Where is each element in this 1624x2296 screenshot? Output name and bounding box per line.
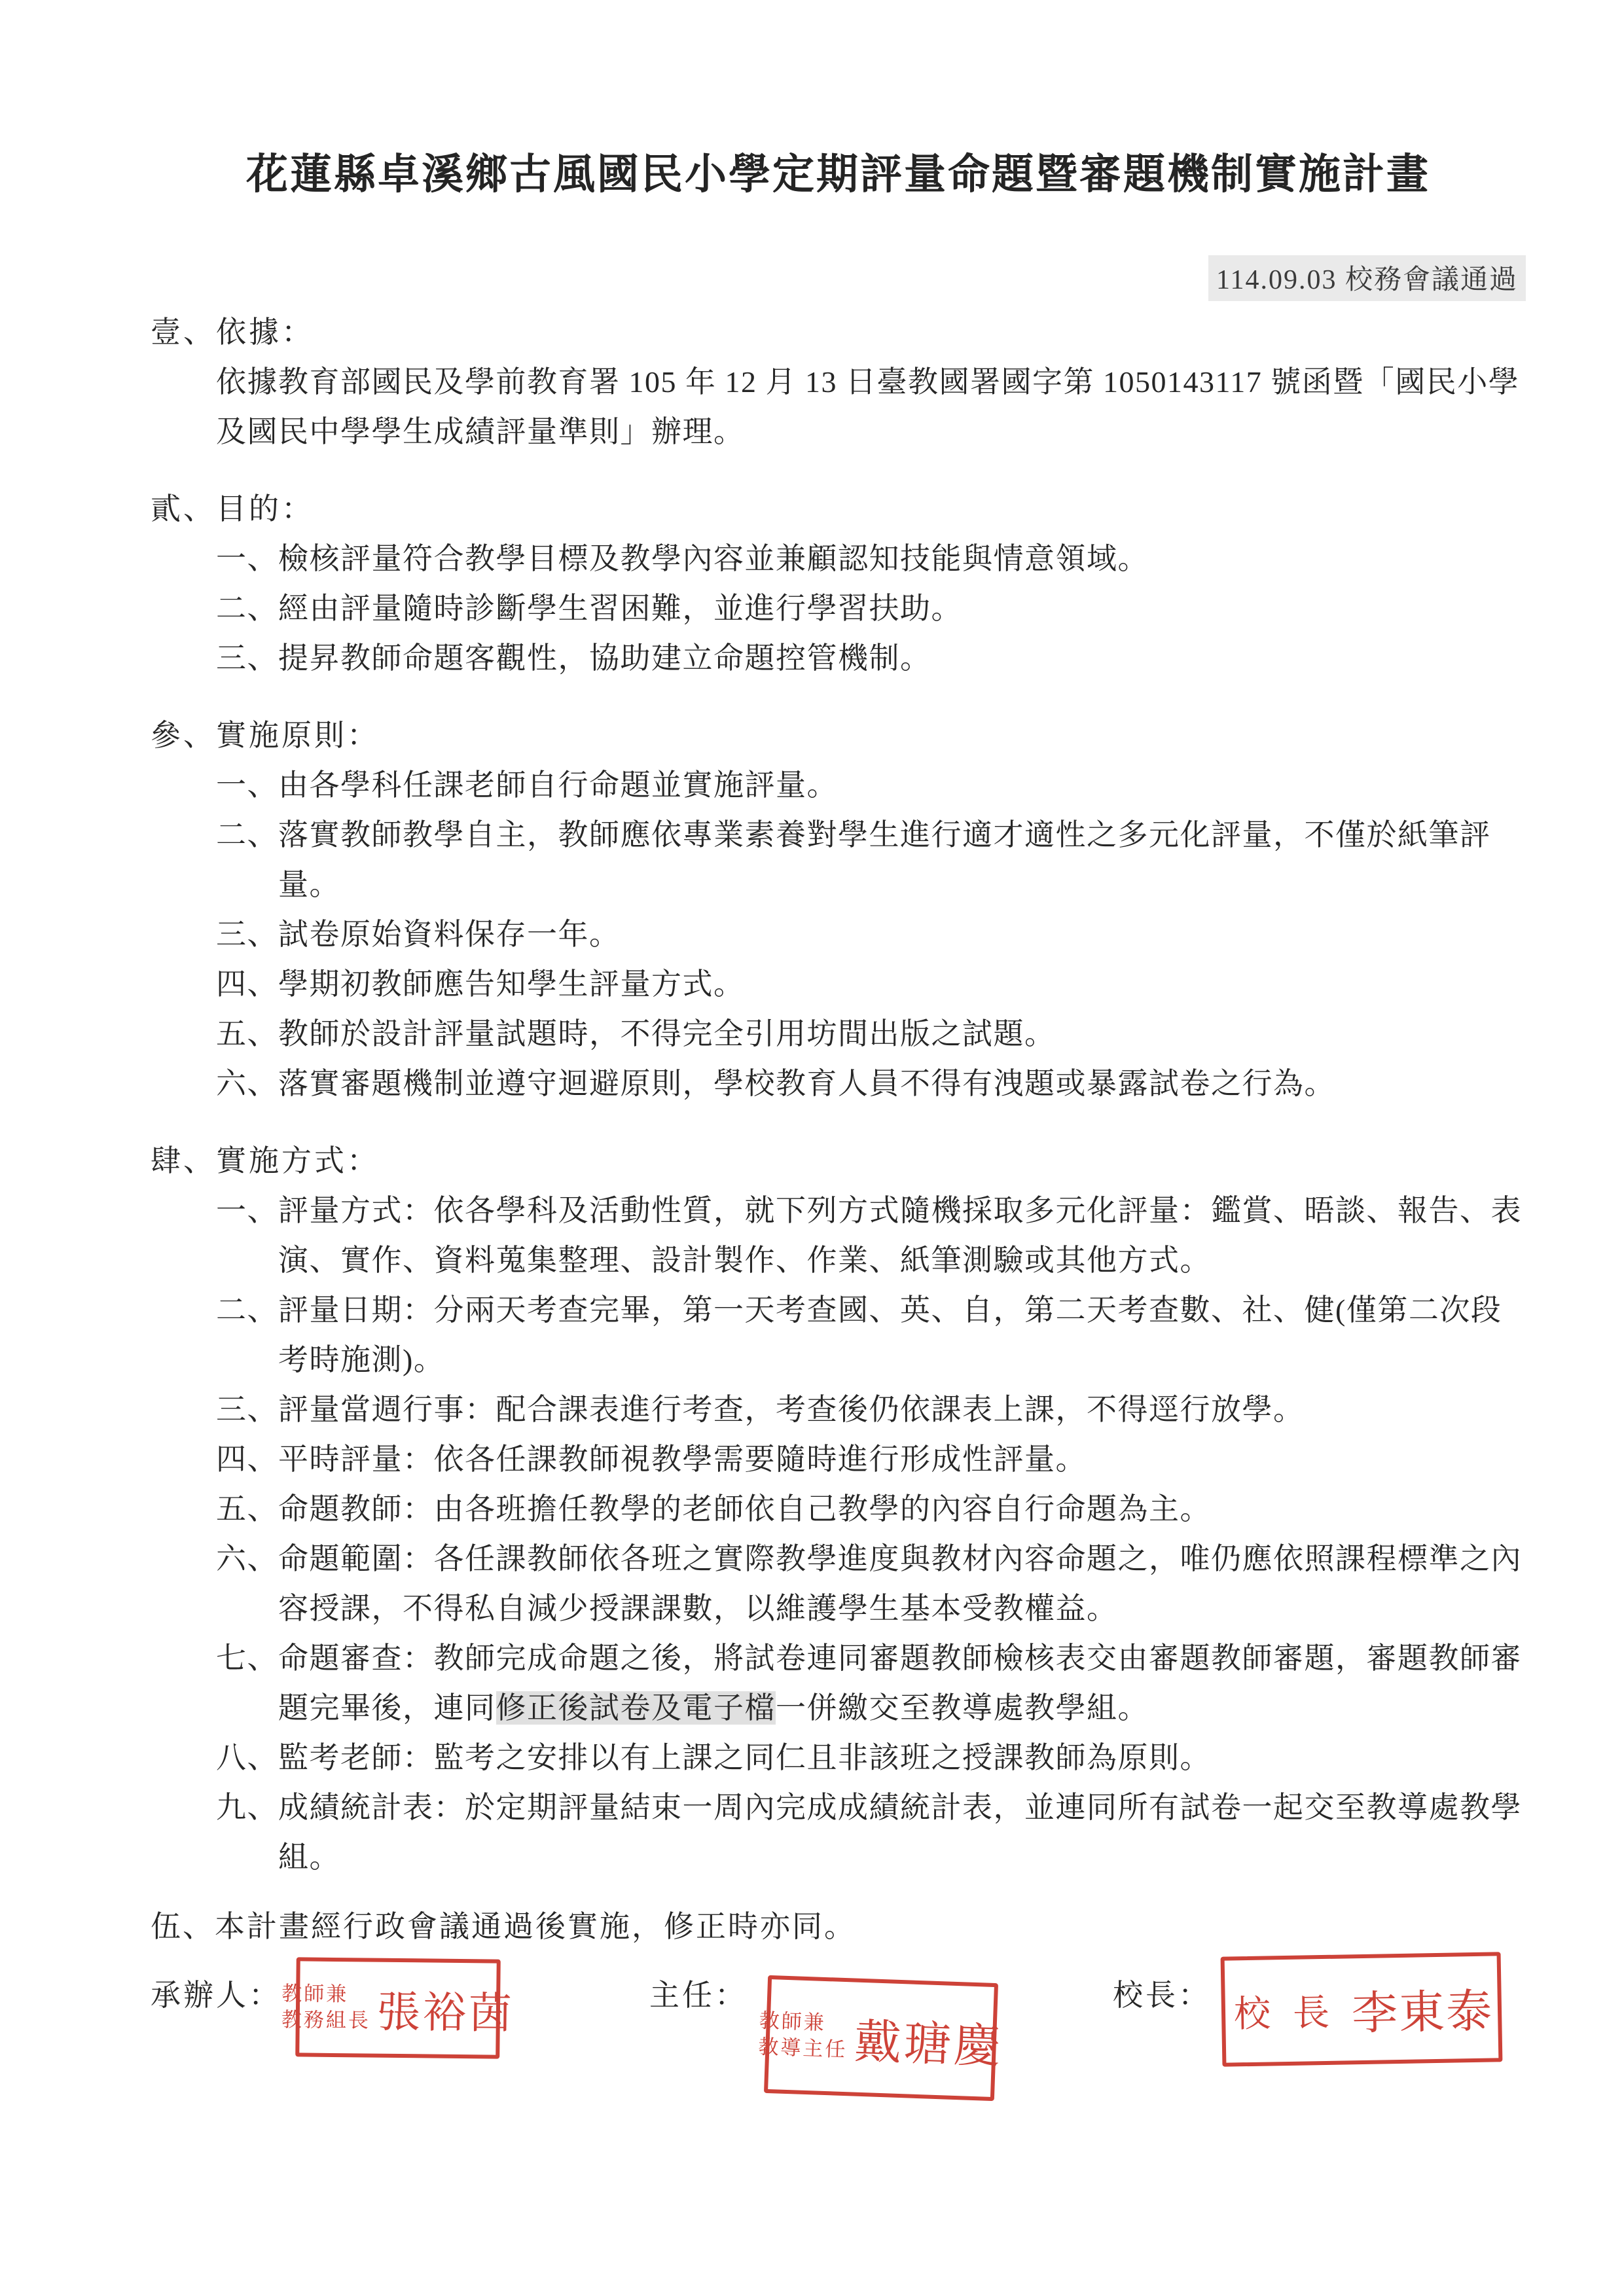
approval-note: 114.09.03 校務會議通過	[1208, 255, 1526, 301]
list-item: 四、平時評量：依各任課教師視教學需要隨時進行形成性評量。	[216, 1435, 1526, 1484]
section-basis-items: 依據教育部國民及學前教育署 105 年 12 月 13 日臺教國署國字第 105…	[216, 357, 1526, 457]
document-page: 花蓮縣卓溪鄉古風國民小學定期評量命題暨審題機制實施計畫 114.09.03 校務…	[0, 0, 1624, 2296]
closing-line: 伍、本計畫經行政會議通過後實施，修正時亦同。	[151, 1902, 1526, 1952]
principal-label: 校長：	[1113, 1971, 1211, 2015]
undertaker-stamp-role: 教師兼 教務組長	[281, 1981, 371, 2034]
list-item: 四、學期初教師應告知學生評量方式。	[216, 960, 1526, 1009]
section-purpose-heading: 貳、目的：	[151, 484, 1526, 534]
scan-highlight-text: 修正後試卷及電子檔	[496, 1691, 776, 1725]
director-stamp-role: 教師兼 教導主任	[758, 2007, 849, 2063]
list-item: 五、教師於設計評量試題時，不得完全引用坊間出版之試題。	[216, 1009, 1526, 1059]
list-item: 六、落實審題機制並遵守迴避原則，學校教育人員不得有洩題或暴露試卷之行為。	[216, 1059, 1526, 1109]
principal-stamp: 校長 李東泰	[1221, 1952, 1503, 2066]
signature-row: 承辦人： 教師兼 教務組長 張裕茵 主任： 教師兼 教導主任 戴瑭慶 校長： 校…	[151, 1957, 1526, 2140]
list-item: 九、成績統計表：於定期評量結束一周內完成成績統計表，並連同所有試卷一起交至教導處…	[216, 1783, 1526, 1882]
section-methods: 肆、實施方式： 一、評量方式：依各學科及活動性質，就下列方式隨機採取多元化評量：…	[151, 1136, 1526, 1882]
section-principles: 參、實施原則： 一、由各學科任課老師自行命題並實施評量。 二、落實教師教學自主，…	[151, 711, 1526, 1109]
list-item: 二、評量日期：分兩天考查完畢，第一天考查國、英、自，第二天考查數、社、健(僅第二…	[216, 1285, 1526, 1385]
stamp-role-line: 教師兼	[759, 2007, 848, 2037]
principal-stamp-name: 李東泰	[1351, 1974, 1494, 2043]
section-principles-heading: 參、實施原則：	[151, 711, 1526, 761]
page-title: 花蓮縣卓溪鄉古風國民小學定期評量命題暨審題機制實施計畫	[151, 145, 1526, 204]
director-stamp-name: 戴瑭慶	[853, 2003, 1005, 2076]
undertaker-stamp-name: 張裕茵	[377, 1977, 515, 2040]
section-basis-heading: 壹、依據：	[151, 308, 1526, 357]
principal-stamp-role: 校長	[1233, 1983, 1352, 2037]
list-item: 八、監考老師：監考之安排以有上課之同仁且非該班之授課教師為原則。	[216, 1733, 1526, 1783]
list-item: 二、落實教師教學自主，教師應依專業素養對學生進行適才適性之多元化評量，不僅於紙筆…	[216, 810, 1526, 910]
stamp-role-line: 教務組長	[281, 2007, 370, 2034]
undertaker-label: 承辦人：	[151, 1971, 281, 2015]
section-principles-items: 一、由各學科任課老師自行命題並實施評量。 二、落實教師教學自主，教師應依專業素養…	[216, 761, 1526, 1109]
undertaker-stamp: 教師兼 教務組長 張裕茵	[295, 1957, 501, 2058]
approval-note-row: 114.09.03 校務會議通過	[151, 255, 1526, 301]
section-basis: 壹、依據： 依據教育部國民及學前教育署 105 年 12 月 13 日臺教國署國…	[151, 308, 1526, 457]
section-methods-items: 一、評量方式：依各學科及活動性質，就下列方式隨機採取多元化評量：鑑賞、晤談、報告…	[216, 1186, 1526, 1882]
section-purpose: 貳、目的： 一、檢核評量符合教學目標及教學內容並兼顧認知技能與情意領域。 二、經…	[151, 484, 1526, 683]
stamp-role-line: 教師兼	[281, 1981, 370, 2007]
list-item: 依據教育部國民及學前教育署 105 年 12 月 13 日臺教國署國字第 105…	[216, 357, 1526, 457]
section-purpose-items: 一、檢核評量符合教學目標及教學內容並兼顧認知技能與情意領域。 二、經由評量隨時診…	[216, 534, 1526, 683]
list-item: 一、由各學科任課老師自行命題並實施評量。	[216, 761, 1526, 810]
section-methods-heading: 肆、實施方式：	[151, 1136, 1526, 1186]
list-item: 三、試卷原始資料保存一年。	[216, 910, 1526, 960]
list-item: 一、檢核評量符合教學目標及教學內容並兼顧認知技能與情意領域。	[216, 534, 1526, 584]
stamp-role-line: 教導主任	[758, 2034, 848, 2063]
list-item: 三、提昇教師命題客觀性，協助建立命題控管機制。	[216, 634, 1526, 683]
director-label: 主任：	[649, 1971, 748, 2015]
list-item: 六、命題範圍：各任課教師依各班之實際教學進度與教材內容命題之，唯仍應依照課程標準…	[216, 1534, 1526, 1634]
list-item-text: 一併繳交至教導處教學組。	[776, 1691, 1149, 1725]
list-item: 一、評量方式：依各學科及活動性質，就下列方式隨機採取多元化評量：鑑賞、晤談、報告…	[216, 1186, 1526, 1285]
list-item: 二、經由評量隨時診斷學生習困難，並進行學習扶助。	[216, 584, 1526, 634]
director-stamp: 教師兼 教導主任 戴瑭慶	[764, 1975, 998, 2101]
list-item: 五、命題教師：由各班擔任教學的老師依自己教學的內容自行命題為主。	[216, 1484, 1526, 1534]
list-item: 三、評量當週行事：配合課表進行考查，考查後仍依課表上課，不得逕行放學。	[216, 1385, 1526, 1435]
list-item: 七、命題審查：教師完成命題之後，將試卷連同審題教師檢核表交由審題教師審題，審題教…	[216, 1634, 1526, 1733]
